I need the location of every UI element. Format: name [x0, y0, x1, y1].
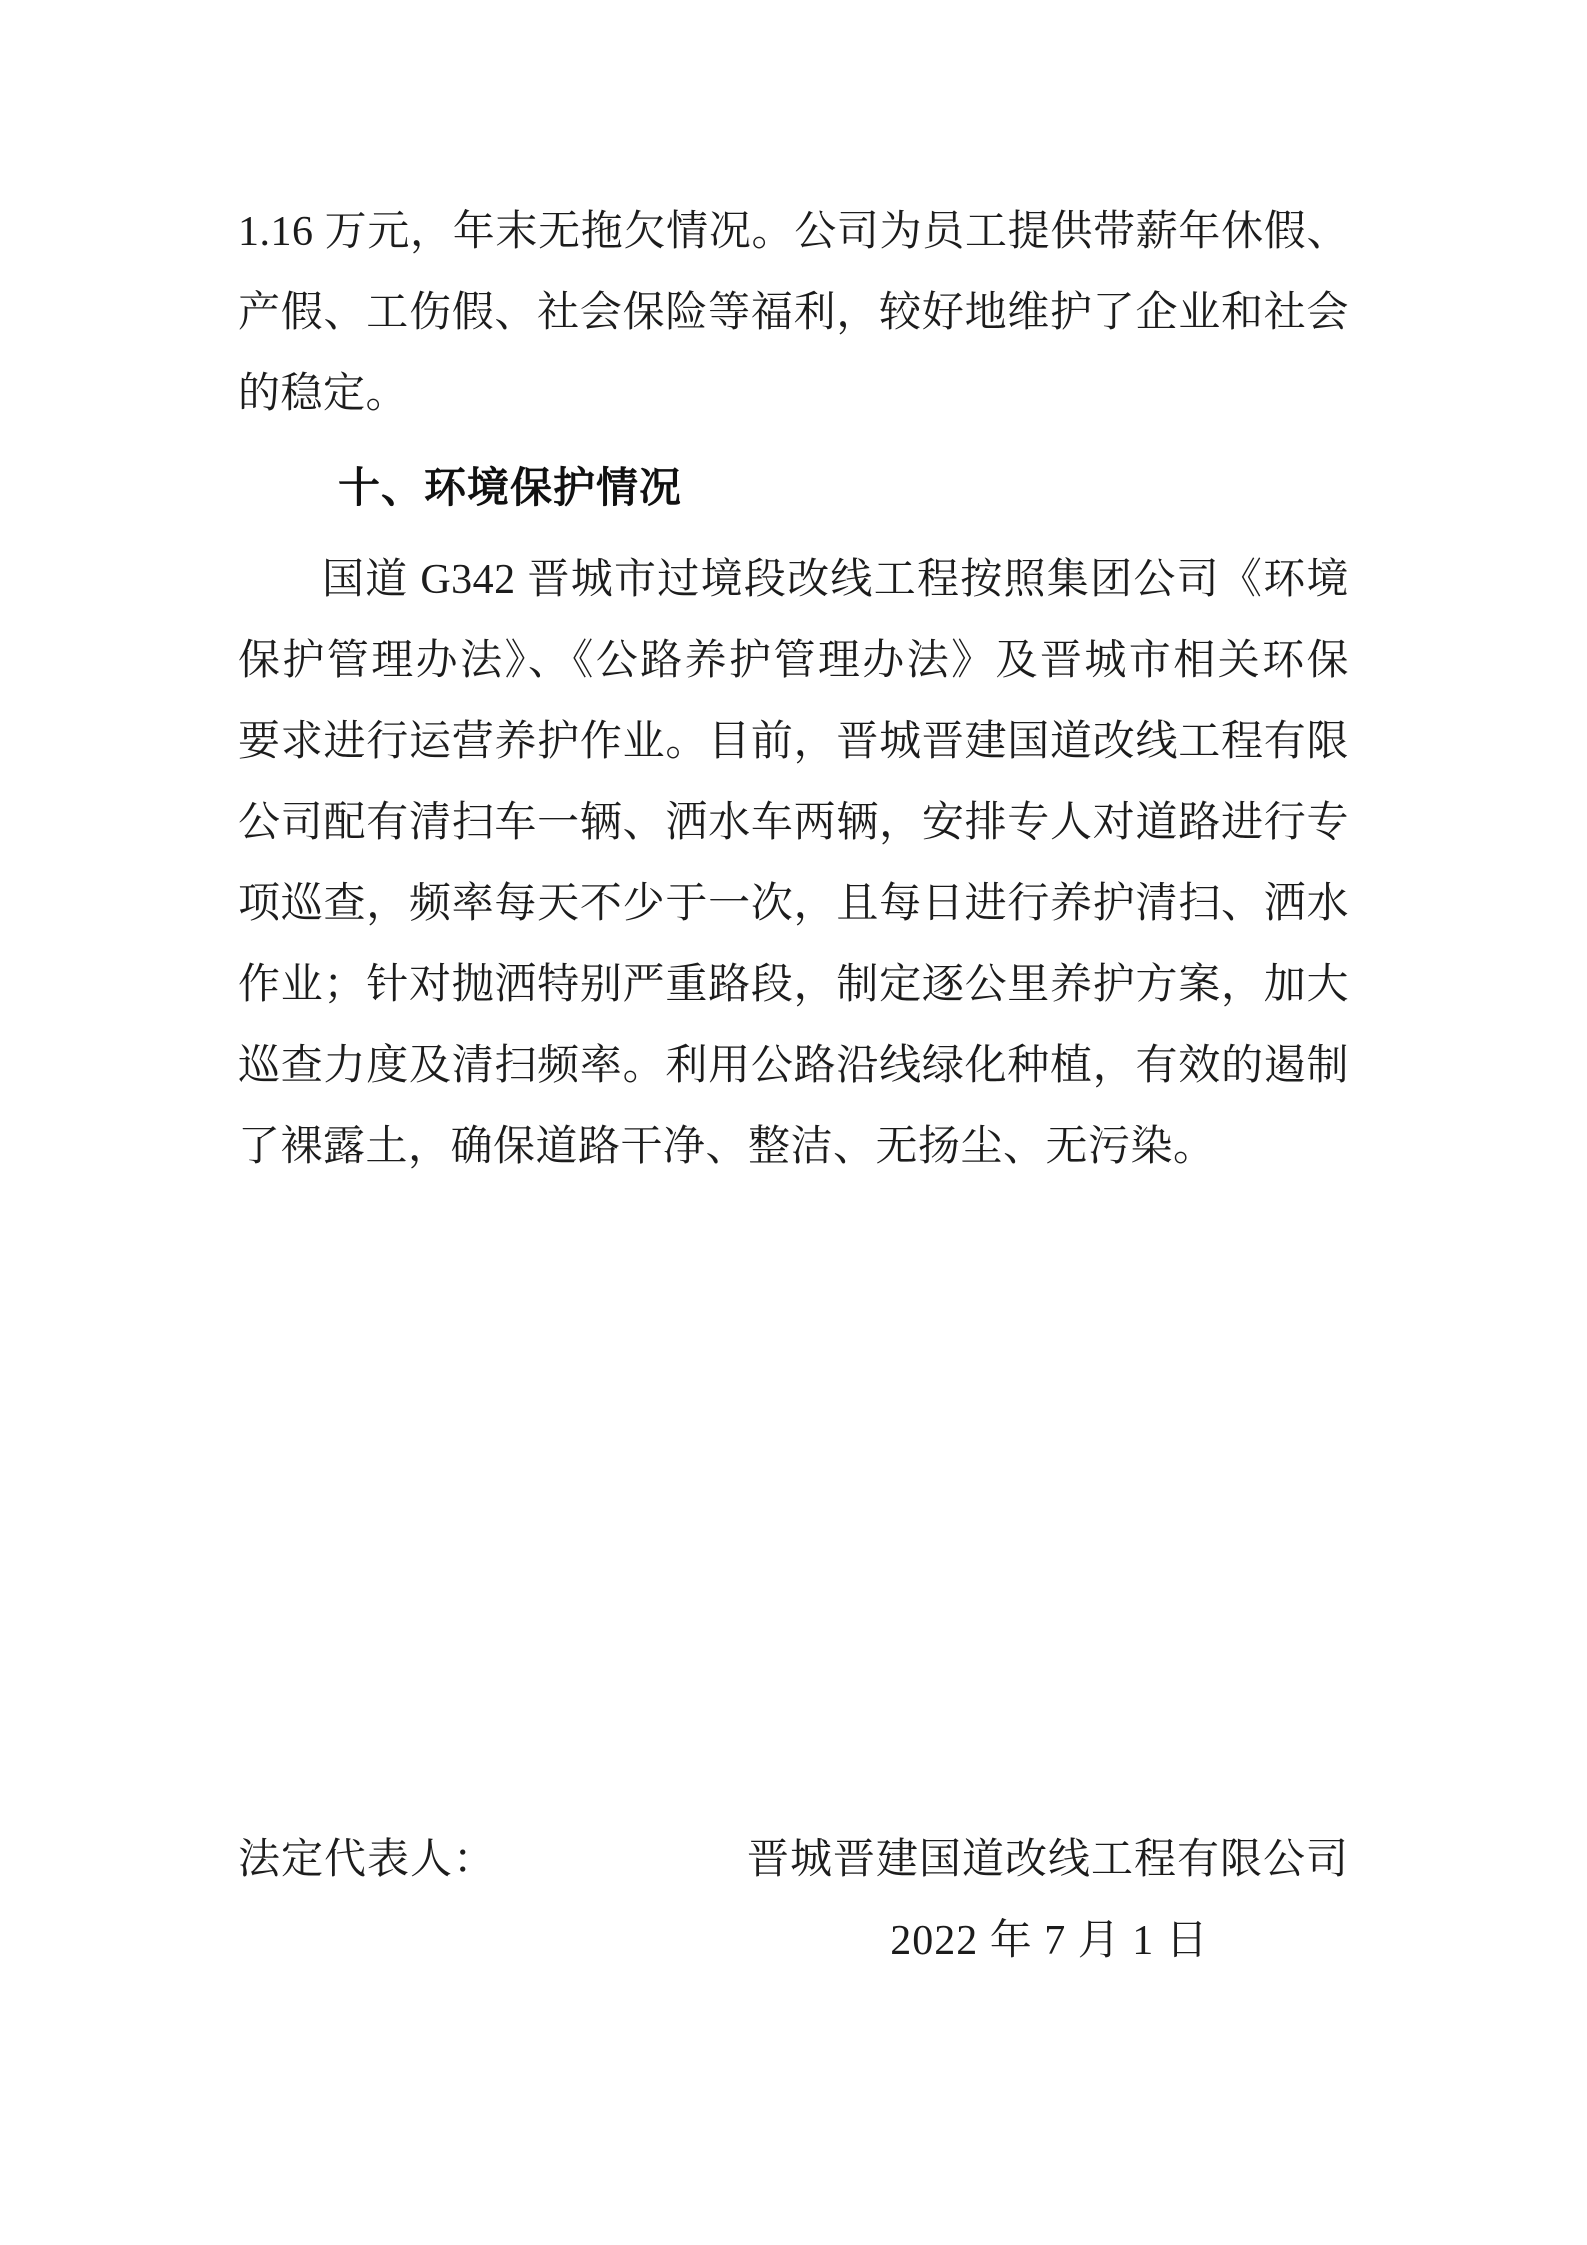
signature-row: 法定代表人： 晋城晋建国道改线工程有限公司 [238, 1820, 1349, 1901]
paragraph-1: 1.16 万元，年末无拖欠情况。公司为员工提供带薪年休假、 产假、工伤假、社会保… [238, 192, 1349, 435]
document-content: 1.16 万元，年末无拖欠情况。公司为员工提供带薪年休假、 产假、工伤假、社会保… [238, 192, 1349, 1982]
paragraph-2-line: 作业；针对抛洒特别严重路段，制定逐公里养护方案，加大 [238, 945, 1349, 1026]
paragraph-1-line: 1.16 万元，年末无拖欠情况。公司为员工提供带薪年休假、 [238, 192, 1349, 273]
paragraph-2-line: 巡查力度及清扫频率。利用公路沿线绿化种植，有效的遏制 [238, 1026, 1349, 1107]
paragraph-2-line: 了裸露土，确保道路干净、整洁、无扬尘、无污染。 [238, 1107, 1349, 1188]
document-date: 2022 年 7 月 1 日 [750, 1901, 1349, 1982]
paragraph-1-line: 的稳定。 [238, 354, 1349, 435]
signature-block: 法定代表人： 晋城晋建国道改线工程有限公司 2022 年 7 月 1 日 [238, 1820, 1349, 1982]
paragraph-2: 国道 G342 晋城市过境段改线工程按照集团公司《环境 保护管理办法》、《公路养… [238, 540, 1349, 1188]
paragraph-2-line: 保护管理办法》、《公路养护管理办法》及晋城市相关环保 [238, 621, 1349, 702]
paragraph-2-line: 公司配有清扫车一辆、洒水车两辆，安排专人对道路进行专 [238, 783, 1349, 864]
paragraph-2-line: 国道 G342 晋城市过境段改线工程按照集团公司《环境 [238, 540, 1349, 621]
paragraph-1-line: 产假、工伤假、社会保险等福利，较好地维护了企业和社会 [238, 273, 1349, 354]
section-heading: 十、环境保护情况 [238, 447, 1349, 528]
document-page: 1.16 万元，年末无拖欠情况。公司为员工提供带薪年休假、 产假、工伤假、社会保… [0, 0, 1587, 2245]
paragraph-2-line: 要求进行运营养护作业。目前，晋城晋建国道改线工程有限 [238, 702, 1349, 783]
legal-representative-label: 法定代表人： [238, 1820, 496, 1901]
paragraph-2-line: 项巡查，频率每天不少于一次，且每日进行养护清扫、洒水 [238, 864, 1349, 945]
company-name: 晋城晋建国道改线工程有限公司 [747, 1820, 1349, 1901]
